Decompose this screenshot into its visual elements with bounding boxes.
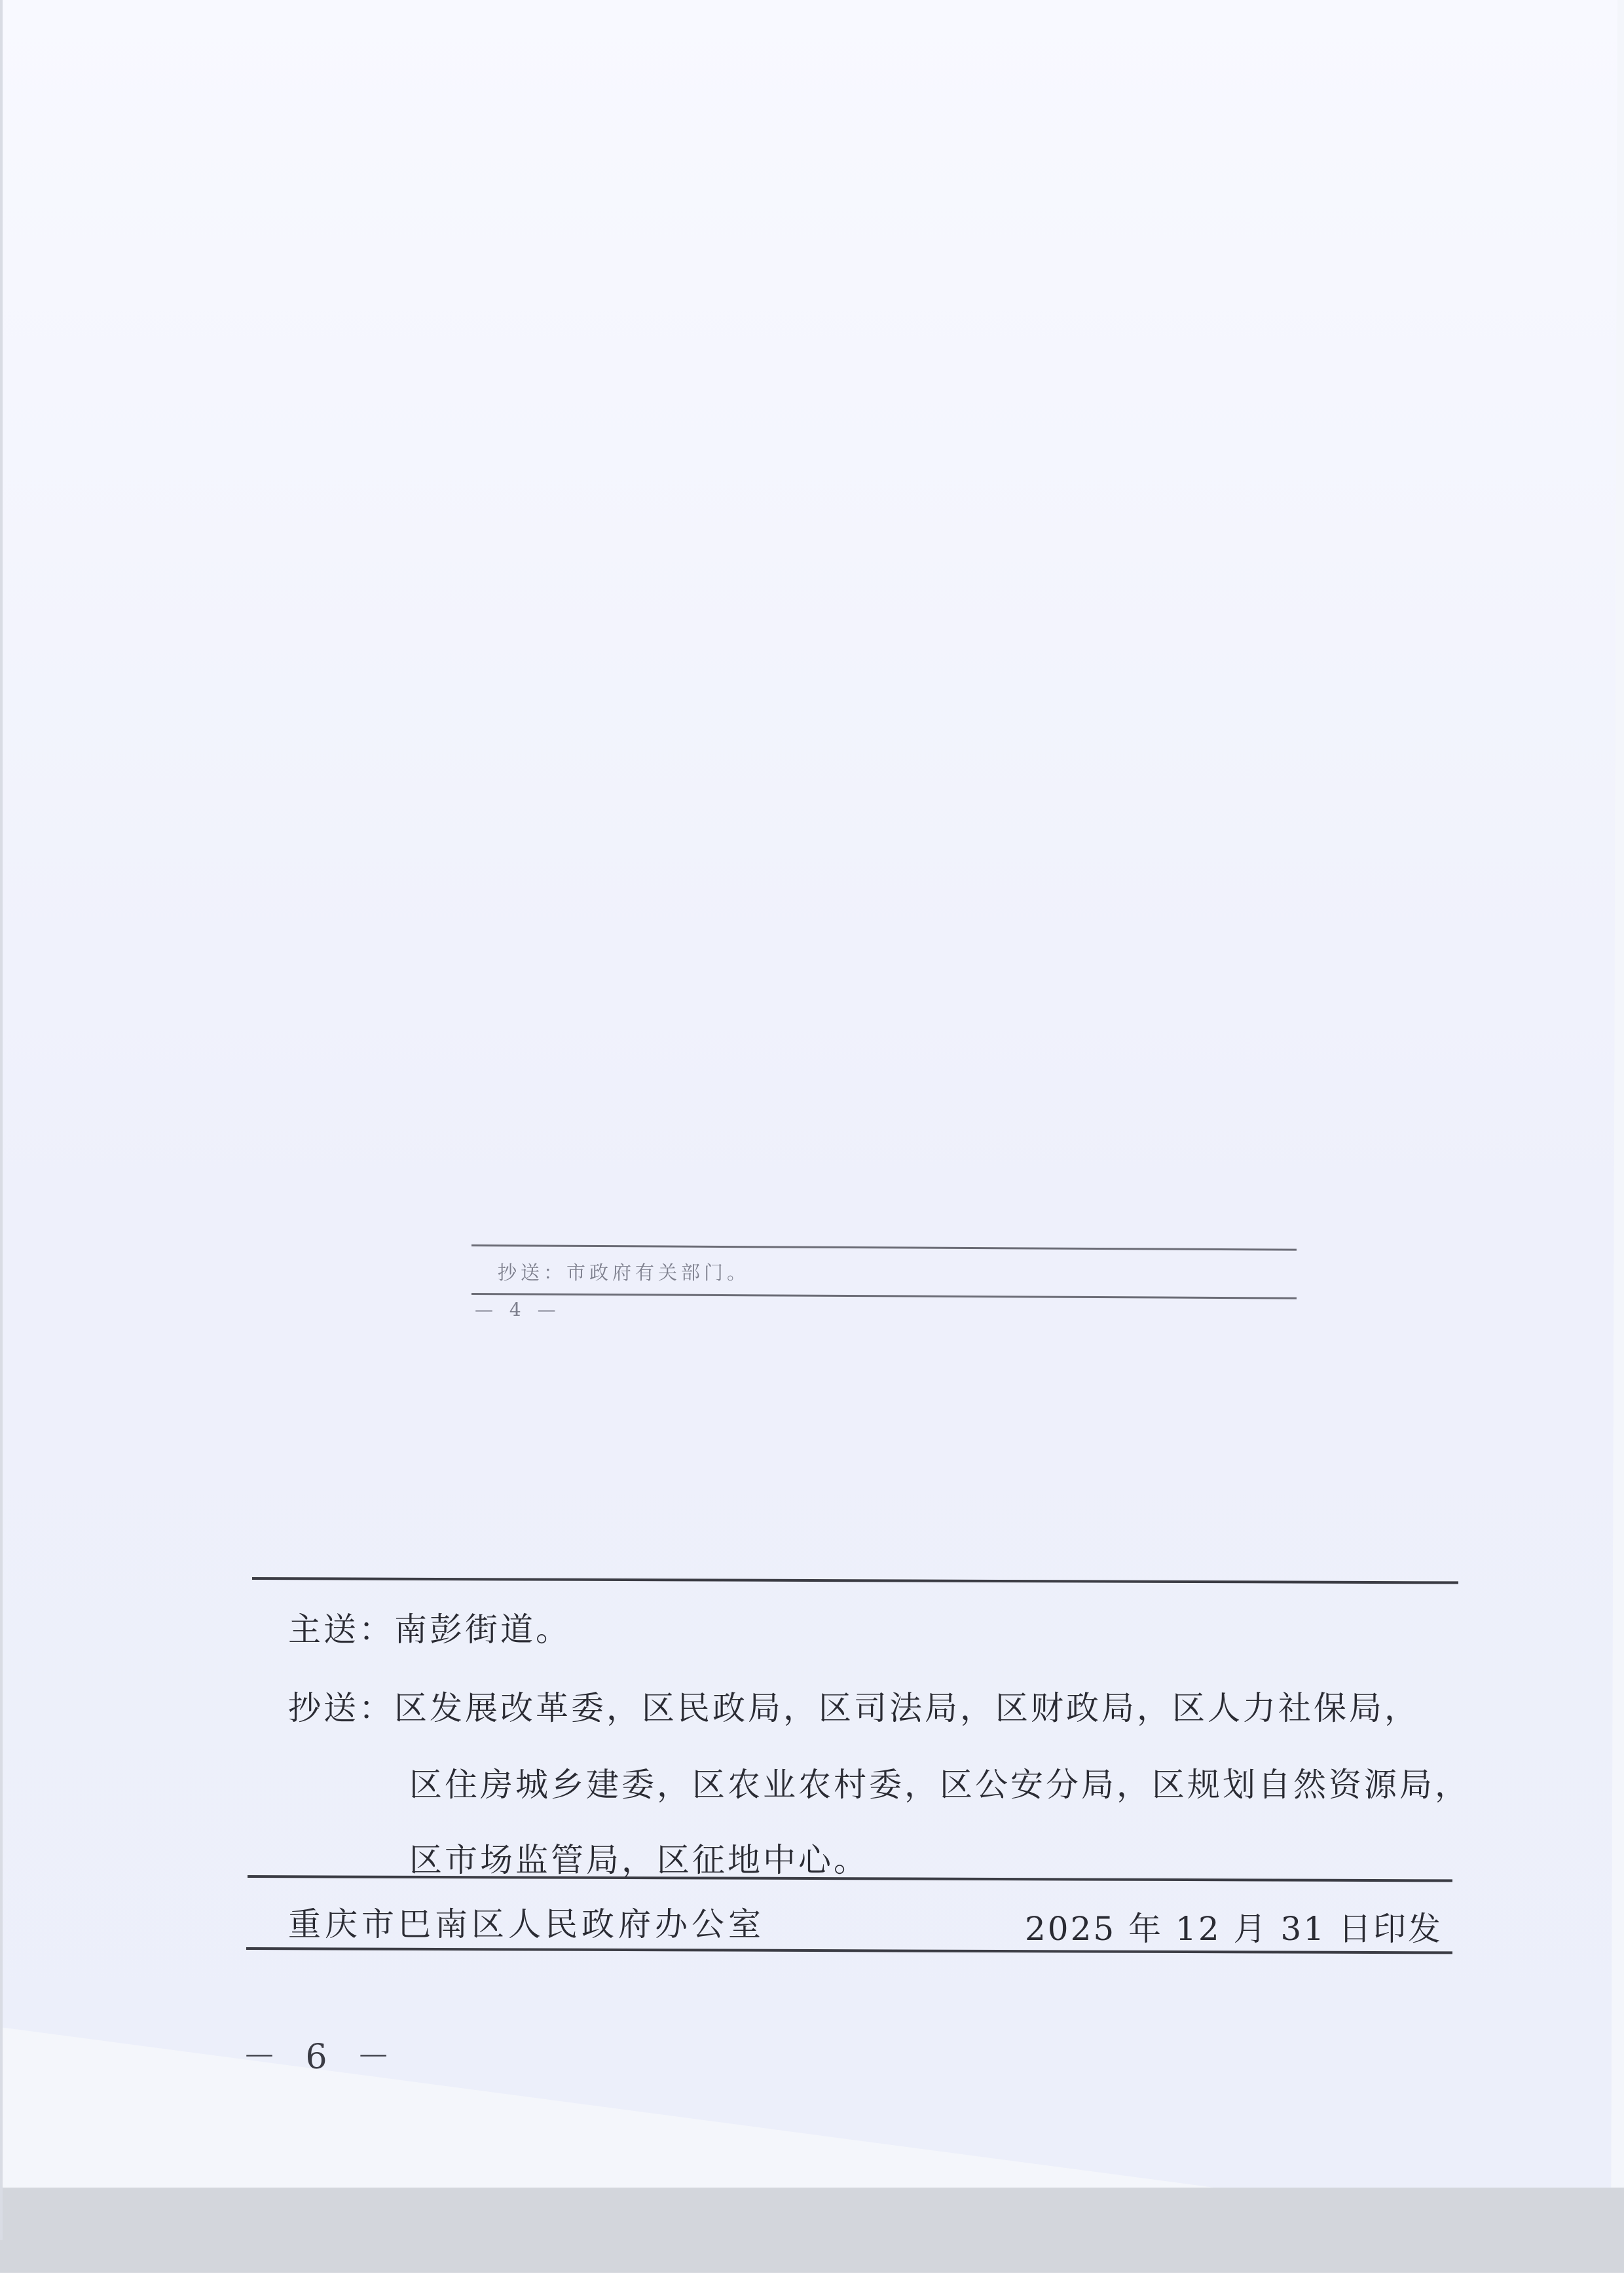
main-recipients-line: 主送：南彭街道。 xyxy=(288,1603,571,1651)
cc-line-1: 抄送：区发展改革委，区民政局，区司法局，区财政局，区人力社保局， xyxy=(288,1682,1420,1729)
main-recipients: 南彭街道。 xyxy=(394,1611,571,1649)
main-label: 主送： xyxy=(288,1611,394,1649)
page-number: － 6 － xyxy=(242,2029,399,2078)
bleed-rule-top xyxy=(471,1244,1297,1251)
issuer-office: 重庆市巴南区人民政府办公室 xyxy=(288,1898,765,1945)
page-edge xyxy=(0,0,3,2240)
cc-line-2: 区住房城乡建委，区农业农村委，区公安分局，区规划自然资源局， xyxy=(409,1759,1470,1806)
bleed-through-block: 抄送：市政府有关部门。 — 4 — xyxy=(471,1244,1297,1320)
issue-date: 2025 年 12 月 31 日印发 xyxy=(1025,1903,1443,1950)
bleed-cc-line: 抄送：市政府有关部门。 xyxy=(498,1258,1297,1285)
cc-recipients-1: 区发展改革委，区民政局，区司法局，区财政局，区人力社保局， xyxy=(394,1689,1420,1727)
bleed-page-number: — 4 — xyxy=(475,1299,1297,1320)
cc-line-3: 区市场监管局，区征地中心。 xyxy=(409,1834,869,1881)
scan-margin xyxy=(0,2273,1624,2295)
cc-label: 抄送： xyxy=(288,1689,394,1727)
